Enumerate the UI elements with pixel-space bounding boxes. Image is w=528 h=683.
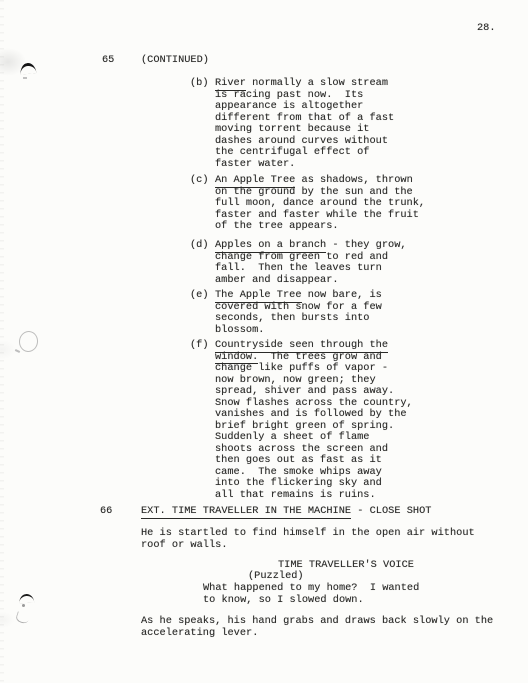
shot-b-line: moving torrent because it (215, 124, 394, 136)
shot-c-line-rest: as shadows, thrown (295, 174, 412, 186)
shot-b-line: the centrifugal effect of (215, 147, 394, 159)
shot-b-body: River normally a slow stream is racing p… (215, 78, 394, 170)
shot-d-label: (d) (190, 240, 209, 252)
pen-mark-top (19, 62, 36, 75)
action-line: He is startled to find himself in the op… (141, 528, 475, 540)
shot-f-line: change like puffs of vapor - (215, 363, 413, 375)
action-line: roof or walls. (141, 540, 475, 552)
shot-b-line-rest: normally a slow stream (246, 77, 388, 89)
dialogue-line: to know, so I slowed down. (203, 595, 419, 607)
scene-66-heading-underlined: EXT. TIME TRAVELLER IN THE MACHINE (141, 505, 351, 519)
shot-c-line: of the tree appears. (215, 221, 425, 233)
shot-e-line: The Apple Tree now bare, is (215, 290, 382, 302)
punch-hole-mark-middle-tick (15, 349, 20, 353)
shot-e-line: blossom. (215, 325, 382, 337)
dialogue-lines: What happened to my home? I wanted to kn… (203, 583, 419, 606)
shot-c-line: An Apple Tree as shadows, thrown (215, 175, 425, 187)
shot-f-line: Suddenly a sheet of flame (215, 432, 413, 444)
shot-c-label: (c) (190, 175, 209, 187)
shot-f-label: (f) (190, 340, 209, 352)
shot-f-line-rest-2: The trees grow and (258, 351, 382, 363)
shot-e-label: (e) (190, 290, 209, 302)
shot-c-body: An Apple Tree as shadows, thrown on the … (215, 175, 425, 233)
scene-66-action-2: As he speaks, his hand grabs and draws b… (141, 616, 493, 639)
pen-mark-bottom (19, 593, 35, 603)
pen-mark-bottom-dot (22, 604, 25, 607)
shot-c-line: full moon, dance around the trunk, (215, 198, 425, 210)
shot-b-line: River normally a slow stream (215, 78, 394, 90)
scene-65-number: 65 (102, 55, 114, 67)
shot-b-line: appearance is altogether (215, 101, 394, 113)
scene-66-action-1: He is startled to find himself in the op… (141, 528, 475, 551)
shot-e-line: seconds, then bursts into (215, 313, 382, 325)
shot-f-line: vanishes and is followed by the (215, 409, 413, 421)
shot-d-line: Apples on a branch - they grow, (215, 240, 407, 252)
pen-mark-bottom-curl (15, 611, 30, 625)
dialogue-parenthetical: (Puzzled) (248, 571, 304, 583)
shot-d-body: Apples on a branch - they grow, change f… (215, 240, 407, 286)
scene-66-number: 66 (100, 506, 112, 518)
shot-f-line: into the flickering sky and (215, 478, 413, 490)
punch-hole-mark-middle (18, 330, 40, 353)
dialogue-line: What happened to my home? I wanted (203, 583, 419, 595)
shot-f-line: spread, shiver and pass away. (215, 386, 413, 398)
shot-d-line: amber and disappear. (215, 275, 407, 287)
shot-f-body: Countryside seen through the window. The… (215, 340, 413, 501)
scene-66-heading: EXT. TIME TRAVELLER IN THE MACHINE - CLO… (141, 506, 431, 518)
shot-f-line: then goes out as fast as it (215, 455, 413, 467)
action-line: As he speaks, his hand grabs and draws b… (141, 616, 493, 628)
scene-66-heading-rest: - CLOSE SHOT (351, 505, 431, 517)
action-line: accelerating lever. (141, 628, 493, 640)
shot-d-line-rest: - they grow, (326, 239, 406, 251)
pen-mark-top-fleck (23, 77, 27, 79)
shot-b-line: faster water. (215, 159, 394, 171)
shot-b-label: (b) (190, 78, 209, 90)
script-page: 28. 65 (CONTINUED) (b) River normally a … (0, 0, 528, 683)
shot-d-line: fall. Then the leaves turn (215, 263, 407, 275)
page-number: 28. (477, 23, 496, 35)
scene-65-continued: (CONTINUED) (141, 55, 209, 67)
scan-edge-speckle (0, 0, 4, 683)
shot-f-line: all that remains is ruins. (215, 490, 413, 502)
shot-e-line-rest: now bare, is (302, 289, 382, 301)
shot-e-body: The Apple Tree now bare, is covered with… (215, 290, 382, 336)
